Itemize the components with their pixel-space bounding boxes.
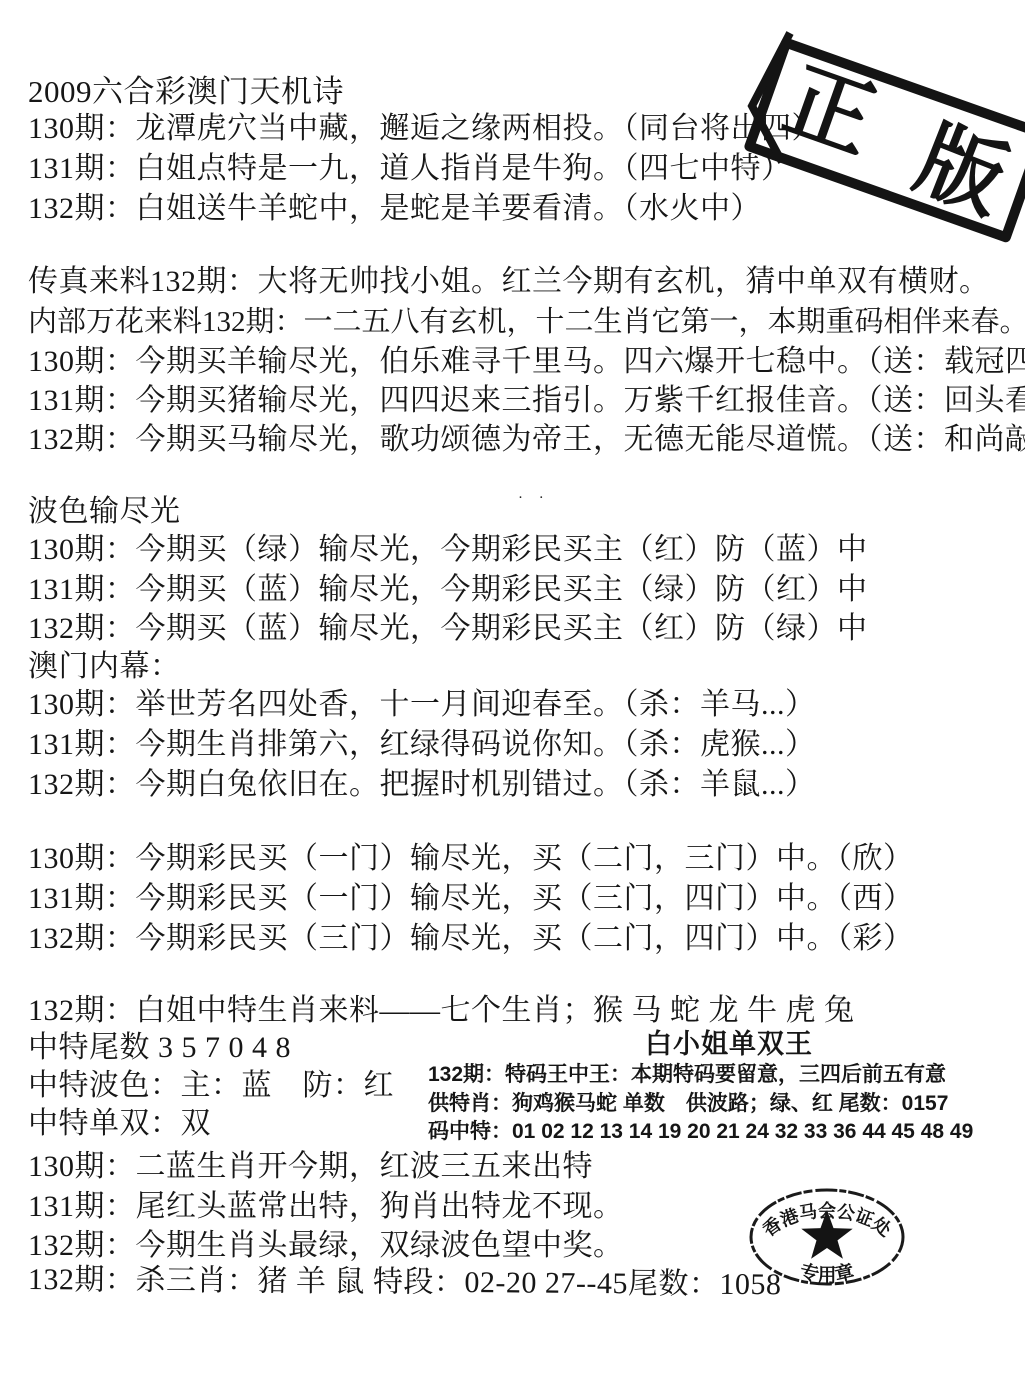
fax-line-2: 内部万花来料132期：一二五八有玄机，十二生肖它第一，本期重码相伴来春。 — [28, 304, 1025, 340]
fax-line-130: 130期：今期买羊输尽光，伯乐难寻千里马。四六爆开七稳中。（送：载冠四处扬） — [28, 344, 1025, 380]
bottom-line-131: 131期：尾红头蓝常出特，狗肖出特龙不现。 — [28, 1189, 624, 1225]
special-tail-line: 中特尾数 3 5 7 0 4 8 — [28, 1030, 291, 1066]
bose-line-130: 130期：今期买（绿）输尽光，今期彩民买主（红）防（蓝）中 — [28, 532, 868, 568]
poem-line-131: 131期：白姐点特是一九，道人指肖是牛狗。（四七中特） — [28, 151, 792, 187]
genuine-stamp: 正 版 — [743, 36, 1025, 243]
bose-heading: 波色输尽光 — [28, 494, 181, 530]
fax-line-1: 传真来料132期：大将无帅找小姐。红兰今期有玄机，猜中单双有横财。 — [28, 264, 990, 300]
neimu-heading: 澳门内幕： — [28, 649, 181, 685]
genuine-stamp-char-ban: 版 — [906, 115, 1018, 227]
right-panel-line-2: 供特肖：狗鸡猴马蛇 单数 供波路；绿、红 尾数：0157 — [428, 1091, 948, 1116]
neimu-line-130: 130期：举世芳名四处香，十一月间迎春至。（杀：羊马...） — [28, 687, 816, 723]
scanned-lottery-sheet: 2009六合彩澳门天机诗 130期：龙潭虎穴当中藏，邂逅之缘两相投。（同台将出四… — [0, 0, 1025, 1388]
genuine-stamp-char-zheng: 正 — [775, 56, 885, 166]
notary-seal: 香港马会公证处 专用章 — [742, 1180, 914, 1295]
special-wave-line: 中特波色：主：蓝 防：红 — [28, 1068, 394, 1104]
poem-line-132: 132期：白姐送牛羊蛇中，是蛇是羊要看清。（水火中） — [28, 191, 761, 227]
right-panel-line-3: 码中特：01 02 12 13 14 19 20 21 24 32 33 36 … — [428, 1119, 973, 1144]
neimu-line-132: 132期：今期白兔依旧在。把握时机别错过。（杀：羊鼠...） — [28, 767, 816, 803]
fax-line-131: 131期：今期买猪输尽光，四四迟来三指引。万紫千红报佳音。（送：回头看三八） — [28, 383, 1025, 419]
fax-line-132: 132期：今期买马输尽光，歌功颂德为帝王，无德无能尽道慌。（送：和尚敲大钟） — [28, 422, 1025, 458]
page-title: 2009六合彩澳门天机诗 — [28, 74, 344, 110]
doors-line-131: 131期：今期彩民买（一门）输尽光，买（三门，四门）中。（西） — [28, 881, 914, 917]
right-panel-line-1: 132期：特码王中王：本期特码要留意，三四后前五有意 — [428, 1062, 946, 1087]
right-panel-title: 白小姐单双王 — [645, 1026, 813, 1062]
bottom-line-130: 130期：二蓝生肖开今期，红波三五来出特 — [28, 1149, 593, 1185]
bottom-line-132b: 132期：杀三肖：猪 羊 鼠 特段：02-20 27--45尾数：1058 — [28, 1262, 782, 1303]
scan-artifact-dots: · · — [518, 490, 550, 507]
doors-line-132: 132期：今期彩民买（三门）输尽光，买（二门，四门）中。（彩） — [28, 921, 914, 957]
doors-line-130: 130期：今期彩民买（一门）输尽光，买（二门，三门）中。（欣） — [28, 841, 914, 877]
bose-line-131: 131期：今期买（蓝）输尽光，今期彩民买主（绿）防（红）中 — [28, 572, 868, 608]
poem-line-130: 130期：龙潭虎穴当中藏，邂逅之缘两相投。（同台将出四） — [28, 111, 822, 147]
special-oddeven-line: 中特单双：双 — [28, 1106, 211, 1142]
neimu-line-131: 131期：今期生肖排第六，红绿得码说你知。（杀：虎猴...） — [28, 727, 816, 763]
bottom-line-132a: 132期：今期生肖头最绿，双绿波色望中奖。 — [28, 1228, 624, 1264]
special-zodiac-line: 132期：白姐中特生肖来料——七个生肖；猴 马 蛇 龙 牛 虎 兔 — [28, 993, 855, 1029]
bose-line-132: 132期：今期买（蓝）输尽光，今期彩民买主（红）防（绿）中 — [28, 611, 868, 647]
seal-bottom-text: 专用章 — [798, 1259, 857, 1286]
